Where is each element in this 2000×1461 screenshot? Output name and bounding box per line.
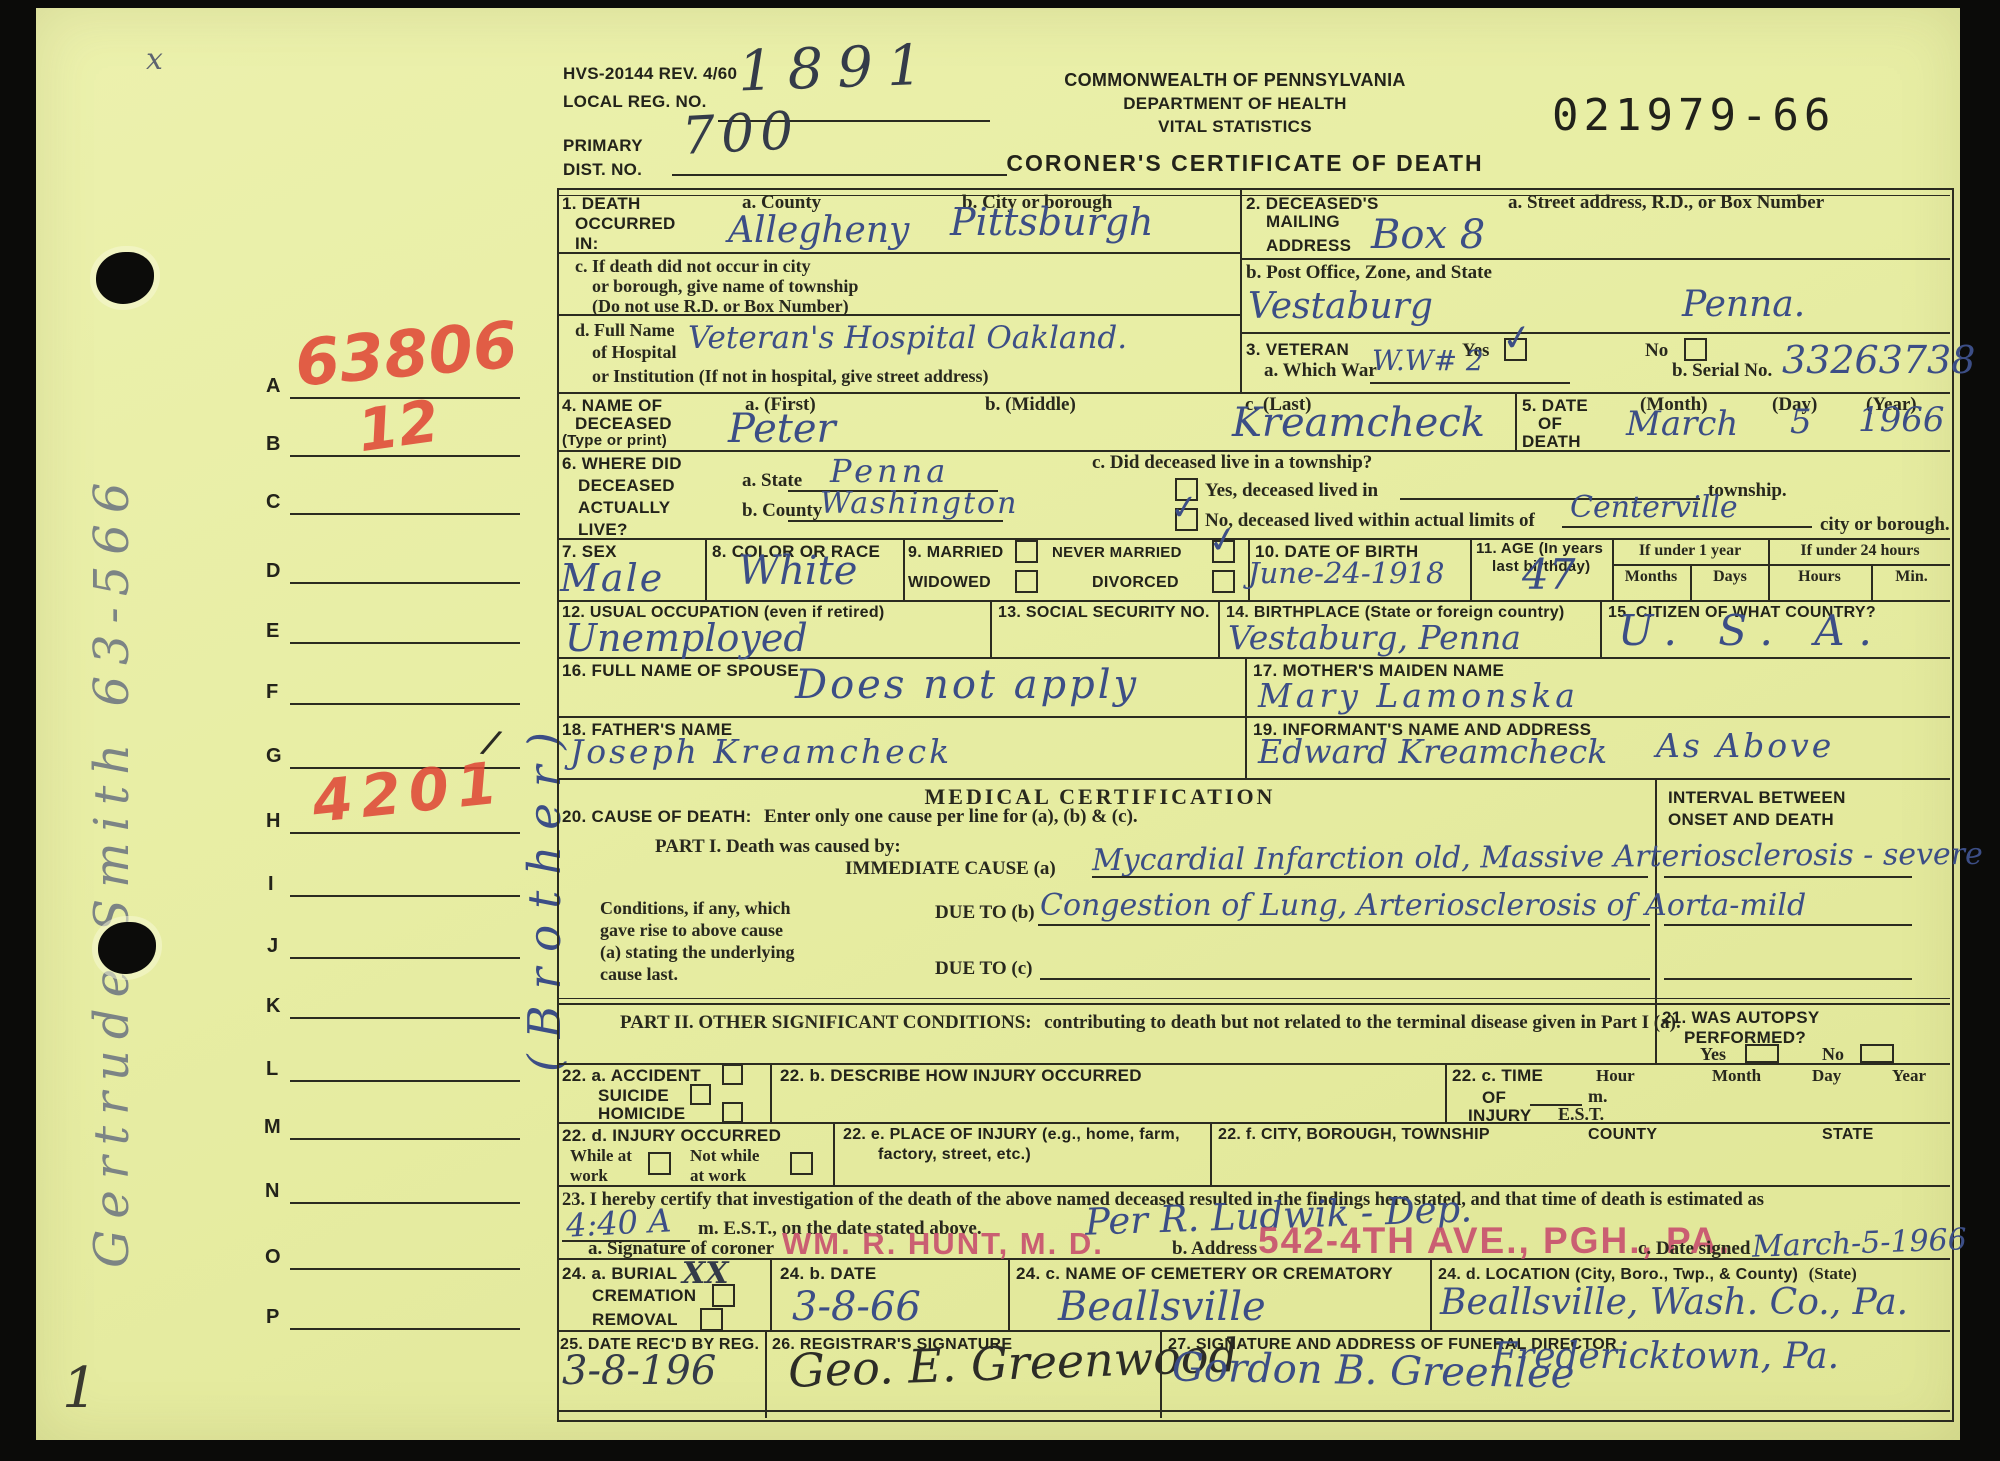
s15-citizen-value: U. S. A. <box>1618 606 1886 655</box>
divider <box>1245 716 1247 778</box>
margin-x-mark: x <box>146 42 163 77</box>
s3-yes-check-icon: ✓ <box>1499 316 1535 361</box>
s11-under24-label: If under 24 hours <box>1770 542 1950 560</box>
margin-letter-c: C <box>266 491 281 514</box>
s16-spouse-value: Does not apply <box>795 662 1139 708</box>
s1-township-note: c. If death did not occur in city <box>575 256 811 277</box>
s12-occupation-value: Unemployed <box>565 616 808 660</box>
s23-coroner-stamp: WM. R. HUNT, M. D. <box>782 1226 1104 1262</box>
divider <box>557 778 1950 780</box>
s22a-accident-checkbox <box>722 1064 743 1085</box>
s22f-city-label: 22. f. CITY, BOROUGH, TOWNSHIP <box>1218 1126 1490 1144</box>
s1-hospital-label: of Hospital <box>592 342 677 363</box>
s4-label: 4. NAME OF <box>562 396 662 416</box>
s22a-suicide-label: SUICIDE <box>598 1086 669 1106</box>
margin-letter-f: F <box>266 681 279 704</box>
s9-widowed-checkbox <box>1015 570 1038 593</box>
divider <box>557 716 1950 718</box>
s6-township-question: c. Did deceased live in a township? <box>1092 452 1372 474</box>
s20-conditions-note: gave rise to above cause <box>600 920 783 941</box>
s11-hours-label: Hours <box>1770 568 1869 586</box>
s20-due-c-label: DUE TO (c) <box>935 958 1032 980</box>
s1-label: OCCURRED <box>575 214 676 234</box>
s22a-homicide-checkbox <box>722 1102 743 1123</box>
margin-letter-o: O <box>265 1246 281 1269</box>
margin-line <box>290 957 520 959</box>
underline <box>1664 876 1912 878</box>
s19-informant-value: Edward Kreamcheck <box>1258 732 1607 771</box>
underline <box>1664 924 1912 926</box>
commonwealth-line: COMMONWEALTH OF PENNSYLVANIA <box>1035 70 1435 91</box>
divider <box>557 600 1950 602</box>
s24-location-state-label: (State) <box>1809 1264 1857 1283</box>
s2-label: ADDRESS <box>1266 236 1351 256</box>
s11-age-value: 47 <box>1522 550 1575 599</box>
s22d-while-label: work <box>570 1166 608 1186</box>
s2-postoffice-label: b. Post Office, Zone, and State <box>1246 262 1492 284</box>
divider <box>1218 600 1220 657</box>
s27-funeral-director-address: Fredericktown, Pa. <box>1492 1336 1839 1377</box>
dist-no-value: 700 <box>681 101 801 167</box>
s9-never-married-label: NEVER MARRIED <box>1052 544 1182 561</box>
s6-borough-suffix: city or borough. <box>1820 514 1950 536</box>
s22c-hour-label: Hour <box>1596 1066 1635 1086</box>
s21-no-label: No <box>1822 1044 1844 1065</box>
divider <box>1210 1122 1212 1185</box>
s11-days-label: Days <box>1692 568 1768 586</box>
underline <box>1040 978 1650 980</box>
s22f-county-label: COUNTY <box>1588 1126 1657 1144</box>
s21-autopsy-label: 21. WAS AUTOPSY <box>1662 1008 1820 1028</box>
divider <box>557 1122 1950 1124</box>
s5-label: 5. DATE <box>1522 396 1588 416</box>
divider <box>1240 332 1950 334</box>
s4-middle-label: b. (Middle) <box>985 394 1076 416</box>
s20-conditions-note: cause last. <box>600 964 678 985</box>
s6-label: LIVE? <box>578 520 628 540</box>
s20-immediate-label: IMMEDIATE CAUSE (a) <box>845 858 1056 880</box>
s24-date-label: 24. b. DATE <box>780 1264 877 1284</box>
s2-street-label: a. Street address, R.D., or Box Number <box>1508 192 1824 214</box>
s1-county-value: Allegheny <box>728 210 909 251</box>
s24-removal-checkbox <box>700 1308 723 1331</box>
s9-widowed-label: WIDOWED <box>908 574 991 592</box>
s20-due-b-value: Congestion of Lung, Arteriosclerosis of … <box>1040 888 1806 923</box>
margin-pencil-note: Gertrude Smith 63-566 <box>84 472 140 1268</box>
s21-no-checkbox <box>1860 1044 1894 1063</box>
certificate-number-stamp: 021979-66 <box>1552 90 1835 141</box>
margin-line <box>290 1328 520 1330</box>
divider <box>990 600 992 657</box>
margin-letter-m: M <box>264 1116 281 1139</box>
s25-date-recd-value: 3-8-196 <box>562 1348 716 1394</box>
s23-date-signed-label: c. Date signed <box>1638 1238 1750 1260</box>
margin-line <box>290 1202 520 1204</box>
s7-sex-value: Male <box>560 556 664 600</box>
primary-label: PRIMARY <box>563 136 643 156</box>
margin-letter-d: D <box>266 560 281 583</box>
s11-under1-label: If under 1 year <box>1612 542 1768 560</box>
s6-no-text: No, deceased lived within actual limits … <box>1205 510 1535 532</box>
margin-line <box>290 642 520 644</box>
margin-line <box>290 895 520 897</box>
s10-dob-value: June-24-1918 <box>1248 556 1444 590</box>
s20-part1-label: PART I. Death was caused by: <box>655 836 901 858</box>
s9-divorced-label: DIVORCED <box>1092 574 1179 592</box>
margin-entry-b: 12 <box>354 387 443 466</box>
s22d-while-label: While at <box>570 1146 632 1166</box>
margin-line <box>290 1017 520 1019</box>
s4-last-value: Kreamcheck <box>1232 400 1485 446</box>
s1-label: 1. DEATH <box>562 194 641 214</box>
s22a-accident-label: 22. a. ACCIDENT <box>562 1066 701 1086</box>
s24-date-value: 3-8-66 <box>792 1284 921 1330</box>
s24-cemetery-value: Beallsville <box>1058 1284 1266 1330</box>
part2-label-bold: PART II. OTHER SIGNIFICANT CONDITIONS: <box>620 1012 1032 1033</box>
local-reg-value: 1891 <box>737 33 938 105</box>
s24-cremation-checkbox <box>712 1284 735 1307</box>
s22c-est-label: E.S.T. <box>1558 1104 1604 1125</box>
s6-borough-line <box>1562 500 1812 528</box>
interval-header: ONSET AND DEATH <box>1668 810 1834 830</box>
s3-serial-value: 33263738 <box>1782 338 1975 382</box>
s5-day-value: 5 <box>1790 402 1812 442</box>
s24-removal-label: REMOVAL <box>592 1310 678 1330</box>
divider <box>1470 538 1472 600</box>
s23-date-signed-value: March-5-1966 <box>1751 1222 1967 1264</box>
s22c-of-label: OF <box>1482 1088 1506 1108</box>
s6-label: ACTUALLY <box>578 498 670 518</box>
s20-conditions-note: Conditions, if any, which <box>600 898 791 919</box>
s11-min-label: Min. <box>1873 568 1950 586</box>
s5-year-value: 1966 <box>1858 400 1945 440</box>
part2-label: PART II. OTHER SIGNIFICANT CONDITIONS: c… <box>620 1012 1681 1034</box>
margin-letter-e: E <box>266 620 280 643</box>
s11-months-label: Months <box>1612 568 1690 586</box>
s18-father-value: Joseph Kreamcheck <box>570 732 952 771</box>
s21-yes-checkbox <box>1745 1044 1779 1063</box>
margin-letter-k: K <box>266 995 281 1018</box>
scanned-death-certificate: x Gertrude Smith 63-566 (Brother) 1 A B … <box>0 0 2000 1461</box>
s2-label: MAILING <box>1266 212 1340 232</box>
s1-township-note: or borough, give name of township <box>592 276 858 297</box>
s22f-state-label: STATE <box>1822 1126 1874 1144</box>
s16-spouse-label: 16. FULL NAME OF SPOUSE <box>562 661 799 681</box>
s9-divorced-checkbox <box>1212 570 1235 593</box>
divider <box>1600 600 1602 657</box>
divider <box>557 1185 1950 1187</box>
s3-veteran-label: 3. VETERAN <box>1246 340 1349 360</box>
underline <box>1664 978 1912 980</box>
margin-letter-p: P <box>266 1306 280 1329</box>
divider <box>770 1063 772 1122</box>
divider <box>1240 258 1950 260</box>
s19-informant-address: As Above <box>1656 726 1834 765</box>
s6-label: DECEASED <box>578 476 675 496</box>
margin-line <box>290 1268 520 1270</box>
s1-city-value: Pittsburgh <box>950 200 1154 244</box>
margin-letter-i: I <box>268 873 274 896</box>
s17-mother-value: Mary Lamonska <box>1258 676 1579 715</box>
s9-married-label: 9. MARRIED <box>908 544 1003 562</box>
s6-yes-text: Yes, deceased lived in <box>1205 480 1378 502</box>
s23-address-label: b. Address <box>1172 1238 1257 1260</box>
divider <box>1008 1258 1010 1330</box>
s14-birthplace-value: Vestaburg, Penna <box>1228 618 1521 657</box>
s24-location-value: Beallsville, Wash. Co., Pa. <box>1440 1282 1908 1323</box>
s2-postoffice-city: Vestaburg <box>1248 286 1433 327</box>
divider <box>557 1003 1950 1005</box>
margin-letter-b: B <box>266 433 281 456</box>
s20-immediate-value: Mycardial Infarction old, Massive Arteri… <box>1092 837 1983 878</box>
s6-label: 6. WHERE DID <box>562 454 682 474</box>
vital-statistics-line: VITAL STATISTICS <box>1035 117 1435 137</box>
department-line: DEPARTMENT OF HEALTH <box>1035 94 1435 114</box>
margin-line <box>290 703 520 705</box>
margin-line <box>290 1080 520 1082</box>
form-number: HVS-20144 REV. 4/60 <box>563 64 737 84</box>
margin-letter-j: J <box>267 935 278 958</box>
s6-no-check-icon: ✓ <box>1168 487 1201 530</box>
s22d-notwhile-label: Not while <box>690 1146 759 1166</box>
s22e-place-label: 22. e. PLACE OF INJURY (e.g., home, farm… <box>843 1126 1180 1144</box>
s21-yes-label: Yes <box>1700 1044 1726 1065</box>
divider <box>1430 1258 1432 1330</box>
s8-race-value: White <box>738 548 857 594</box>
s6-county-line <box>788 492 1003 522</box>
s22d-injury-occurred-label: 22. d. INJURY OCCURRED <box>562 1126 781 1146</box>
divider <box>833 1122 835 1185</box>
s24-location-label: 24. d. LOCATION (City, Boro., Twp., & Co… <box>1438 1264 1857 1284</box>
margin-letter-n: N <box>265 1180 280 1203</box>
margin-letter-a: A <box>266 375 281 398</box>
s22c-time-label: 22. c. TIME <box>1452 1066 1543 1086</box>
divider <box>557 998 1950 999</box>
s3-no-checkbox <box>1684 338 1707 361</box>
s3-no-label: No <box>1645 340 1668 362</box>
s22d-notwhile-label: at work <box>690 1166 746 1186</box>
s24-burial-label: 24. a. BURIAL <box>562 1264 677 1284</box>
s5-month-value: March <box>1626 404 1738 444</box>
s3-war-label: a. Which War <box>1264 360 1377 382</box>
margin-line <box>290 582 520 584</box>
s24-cemetery-label: 24. c. NAME OF CEMETERY OR CREMATORY <box>1016 1264 1393 1284</box>
s5-label: DEATH <box>1522 432 1581 452</box>
s20-conditions-note: (a) stating the underlying <box>600 942 795 963</box>
s22a-homicide-label: HOMICIDE <box>598 1104 685 1124</box>
underline <box>1092 876 1648 878</box>
divider <box>1445 1063 1447 1122</box>
margin-letter-l: L <box>266 1058 279 1081</box>
s1-hospital-label: d. Full Name <box>575 320 675 341</box>
s22a-suicide-checkbox <box>690 1084 711 1105</box>
margin-letter-g: G <box>266 745 282 768</box>
s4-first-value: Peter <box>728 406 836 452</box>
divider <box>1245 657 1247 716</box>
underline <box>1038 924 1650 926</box>
s1-hospital-value: Veteran's Hospital Oakland. <box>688 320 1127 356</box>
s2-street-value: Box 8 <box>1371 212 1485 258</box>
margin-line <box>290 1138 520 1140</box>
s20-cause-label: 20. CAUSE OF DEATH: Enter only one cause… <box>562 806 1138 828</box>
s2-postoffice-state: Penna. <box>1682 284 1805 325</box>
s22d-notwhile-checkbox <box>790 1152 813 1175</box>
s1-township-note: (Do not use R.D. or Box Number) <box>592 296 849 317</box>
s13-ssn-label: 13. SOCIAL SECURITY NO. <box>998 604 1210 622</box>
s22c-day-label: Day <box>1812 1066 1841 1086</box>
s22e-place-label: factory, street, etc.) <box>878 1146 1031 1164</box>
divider <box>557 252 1240 254</box>
s24-location-label-main: 24. d. LOCATION (City, Boro., Twp., & Co… <box>1438 1266 1798 1283</box>
s3-serial-label: b. Serial No. <box>1672 360 1772 382</box>
margin-letter-h: H <box>266 810 281 833</box>
s4-label: DECEASED <box>575 414 672 434</box>
s4-label: (Type or print) <box>562 432 667 449</box>
divider <box>765 1330 767 1418</box>
s20-cause-label-bold: 20. CAUSE OF DEATH: <box>562 807 752 826</box>
divider <box>903 538 905 600</box>
s20-due-b-label: DUE TO (b) <box>935 902 1035 924</box>
dist-no-label: DIST. NO. <box>563 160 642 180</box>
interval-header: INTERVAL BETWEEN <box>1668 788 1846 808</box>
s5-label: OF <box>1538 414 1562 434</box>
s2-label: 2. DECEASED'S <box>1246 194 1379 214</box>
margin-line <box>290 513 520 515</box>
divider <box>557 1063 1950 1065</box>
s20-cause-note: Enter only one cause per line for (a), (… <box>764 806 1138 827</box>
s22b-injury-label: 22. b. DESCRIBE HOW INJURY OCCURRED <box>780 1066 1142 1086</box>
divider <box>1515 392 1517 450</box>
certificate-title: CORONER'S CERTIFICATE OF DEATH <box>985 150 1505 177</box>
s22c-injury-word: INJURY <box>1468 1106 1532 1126</box>
s22c-year-label: Year <box>1892 1066 1926 1086</box>
s1-hospital-label: or Institution (If not in hospital, give… <box>592 366 989 387</box>
s22d-while-checkbox <box>648 1152 671 1175</box>
s9-married-checkbox <box>1015 540 1038 563</box>
divider <box>557 538 1950 540</box>
margin-bottom-mark: 1 <box>62 1356 98 1421</box>
s22c-month-label: Month <box>1712 1066 1761 1086</box>
s3-war-line <box>1370 356 1570 384</box>
part2-note: contributing to death but not related to… <box>1044 1012 1681 1033</box>
divider <box>1612 564 1950 566</box>
divider <box>1240 188 1242 392</box>
divider <box>770 1258 772 1330</box>
s1-label: IN: <box>575 234 599 254</box>
divider <box>705 538 707 600</box>
s24-cremation-label: CREMATION <box>592 1286 696 1306</box>
